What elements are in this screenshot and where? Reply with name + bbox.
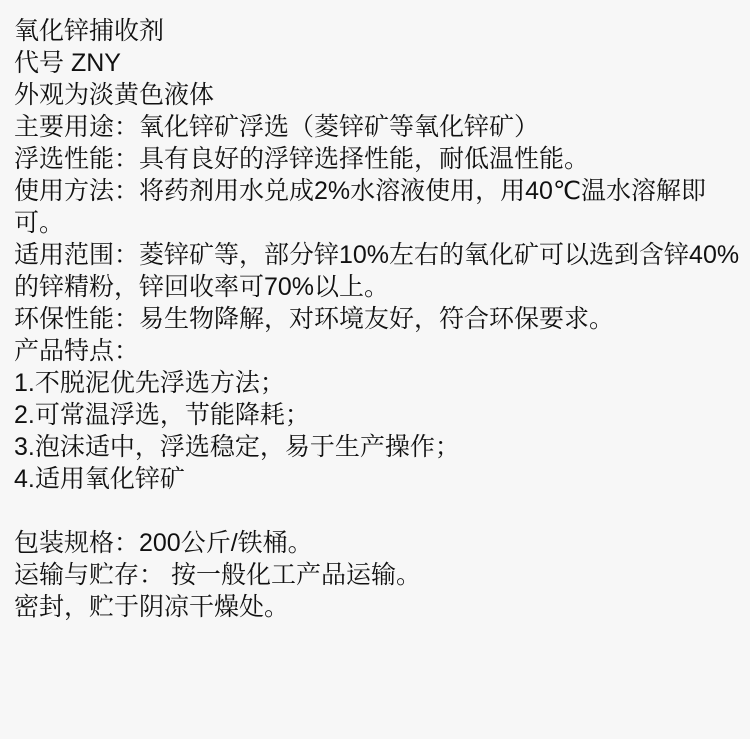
feature-item-2: 2.可常温浮选，节能降耗； — [14, 399, 736, 431]
application-range-line2: 的锌精粉，锌回收率可70%以上。 — [14, 271, 736, 303]
storage-note: 密封，贮于阴凉干燥处。 — [14, 591, 736, 623]
product-appearance: 外观为淡黄色液体 — [14, 79, 736, 111]
blank-line — [14, 495, 736, 527]
product-features-heading: 产品特点： — [14, 335, 736, 367]
flotation-performance: 浮选性能：具有良好的浮锌选择性能，耐低温性能。 — [14, 143, 736, 175]
page: { "page": { "background_color": "#f7f7f7… — [0, 0, 750, 739]
feature-item-3: 3.泡沫适中，浮选稳定，易于生产操作； — [14, 431, 736, 463]
transport-storage: 运输与贮存： 按一般化工产品运输。 — [14, 559, 736, 591]
environmental-performance: 环保性能：易生物降解，对环境友好，符合环保要求。 — [14, 303, 736, 335]
feature-item-1: 1.不脱泥优先浮选方法； — [14, 367, 736, 399]
feature-item-4: 4.适用氧化锌矿 — [14, 463, 736, 495]
product-description: 氧化锌捕收剂 代号 ZNY 外观为淡黄色液体 主要用途：氧化锌矿浮选（菱锌矿等氧… — [0, 0, 750, 623]
usage-method-line2: 可。 — [14, 207, 736, 239]
packaging-spec: 包装规格：200公斤/铁桶。 — [14, 527, 736, 559]
usage-method-line1: 使用方法：将药剂用水兑成2%水溶液使用，用40℃温水溶解即 — [14, 175, 736, 207]
main-use: 主要用途：氧化锌矿浮选（菱锌矿等氧化锌矿） — [14, 111, 736, 143]
product-title: 氧化锌捕收剂 — [14, 15, 736, 47]
application-range-line1: 适用范围：菱锌矿等，部分锌10%左右的氧化矿可以选到含锌40% — [14, 239, 736, 271]
product-code: 代号 ZNY — [14, 47, 736, 79]
